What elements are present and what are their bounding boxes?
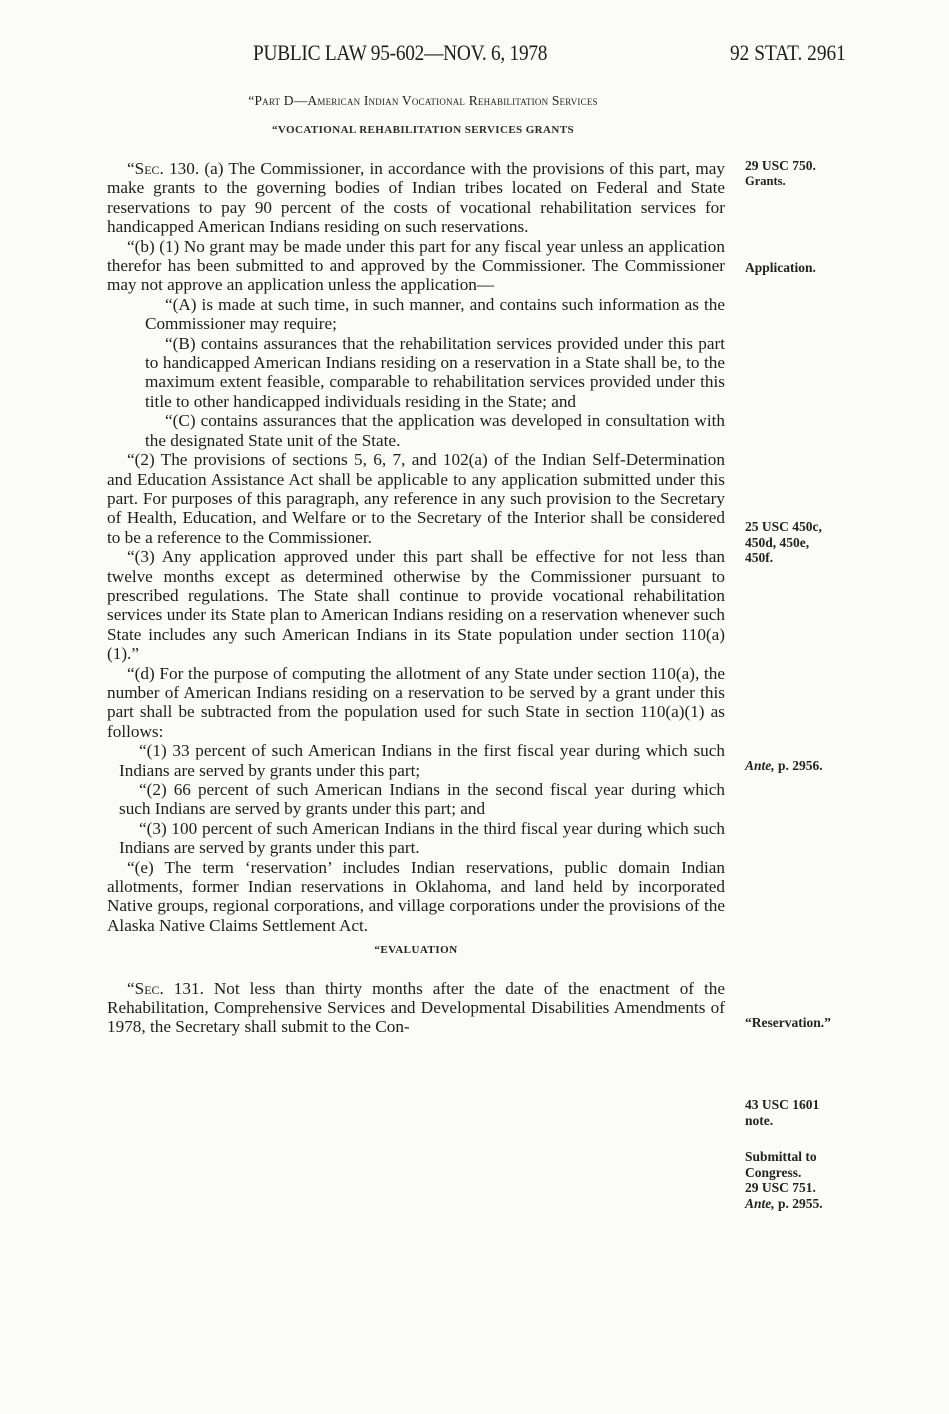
sec-130-b-2: “(2) The provisions of sections 5, 6, 7,… [107,450,725,547]
margin-note-submittal: Submittal to Congress. 29 USC 751. Ante,… [745,1149,823,1211]
margin-note-ante-2956: Ante, p. 2956. [745,758,823,774]
margin-note-application: Application. [745,260,816,276]
sec-130-d: “(d) For the purpose of computing the al… [107,664,725,742]
sec-130-d-3: “(3) 100 percent of such American Indian… [119,819,725,858]
margin-note-43-usc-1601: 43 USC 1601 note. [745,1097,819,1128]
margin-note-reservation: “Reservation.” [745,1015,831,1031]
sec-130-b-3: “(3) Any application approved under this… [107,547,725,663]
part-title: “Part D—American Indian Vocational Rehab… [118,93,728,109]
page-header: PUBLIC LAW 95-602—NOV. 6, 1978 92 STAT. … [0,40,949,70]
margin-note-25-usc-450: 25 USC 450c, 450d, 450e, 450f. [745,519,822,566]
sec-130-b-1-B: “(B) contains assurances that the rehabi… [145,334,725,412]
section-heading-evaluation: “evaluation [107,941,725,960]
sec-130-d-2: “(2) 66 percent of such American Indians… [119,780,725,819]
statute-page-number: 92 STAT. 2961 [730,40,846,66]
sec-130-d-1: “(1) 33 percent of such American Indians… [119,741,725,780]
sec-130-b-1-A: “(A) is made at such time, in such manne… [145,295,725,334]
sec-130-b-1: “(b) (1) No grant may be made under this… [107,237,725,295]
sec-130-e: “(e) The term ‘reservation’ includes Ind… [107,858,725,936]
sec-131: “Sec. 131. Not less than thirty months a… [107,979,725,1037]
section-heading-grants: “vocational rehabilitation services gran… [118,124,728,136]
statute-page: PUBLIC LAW 95-602—NOV. 6, 1978 92 STAT. … [0,0,949,1414]
body-text: “Sec. 130. (a) The Commissioner, in acco… [107,159,725,1037]
sec-130-a: “Sec. 130. (a) The Commissioner, in acco… [107,159,725,237]
margin-note-29-usc-750: 29 USC 750. Grants. [745,158,816,189]
law-citation-header: PUBLIC LAW 95-602—NOV. 6, 1978 [253,40,547,66]
sec-130-b-1-C: “(C) contains assurances that the applic… [145,411,725,450]
